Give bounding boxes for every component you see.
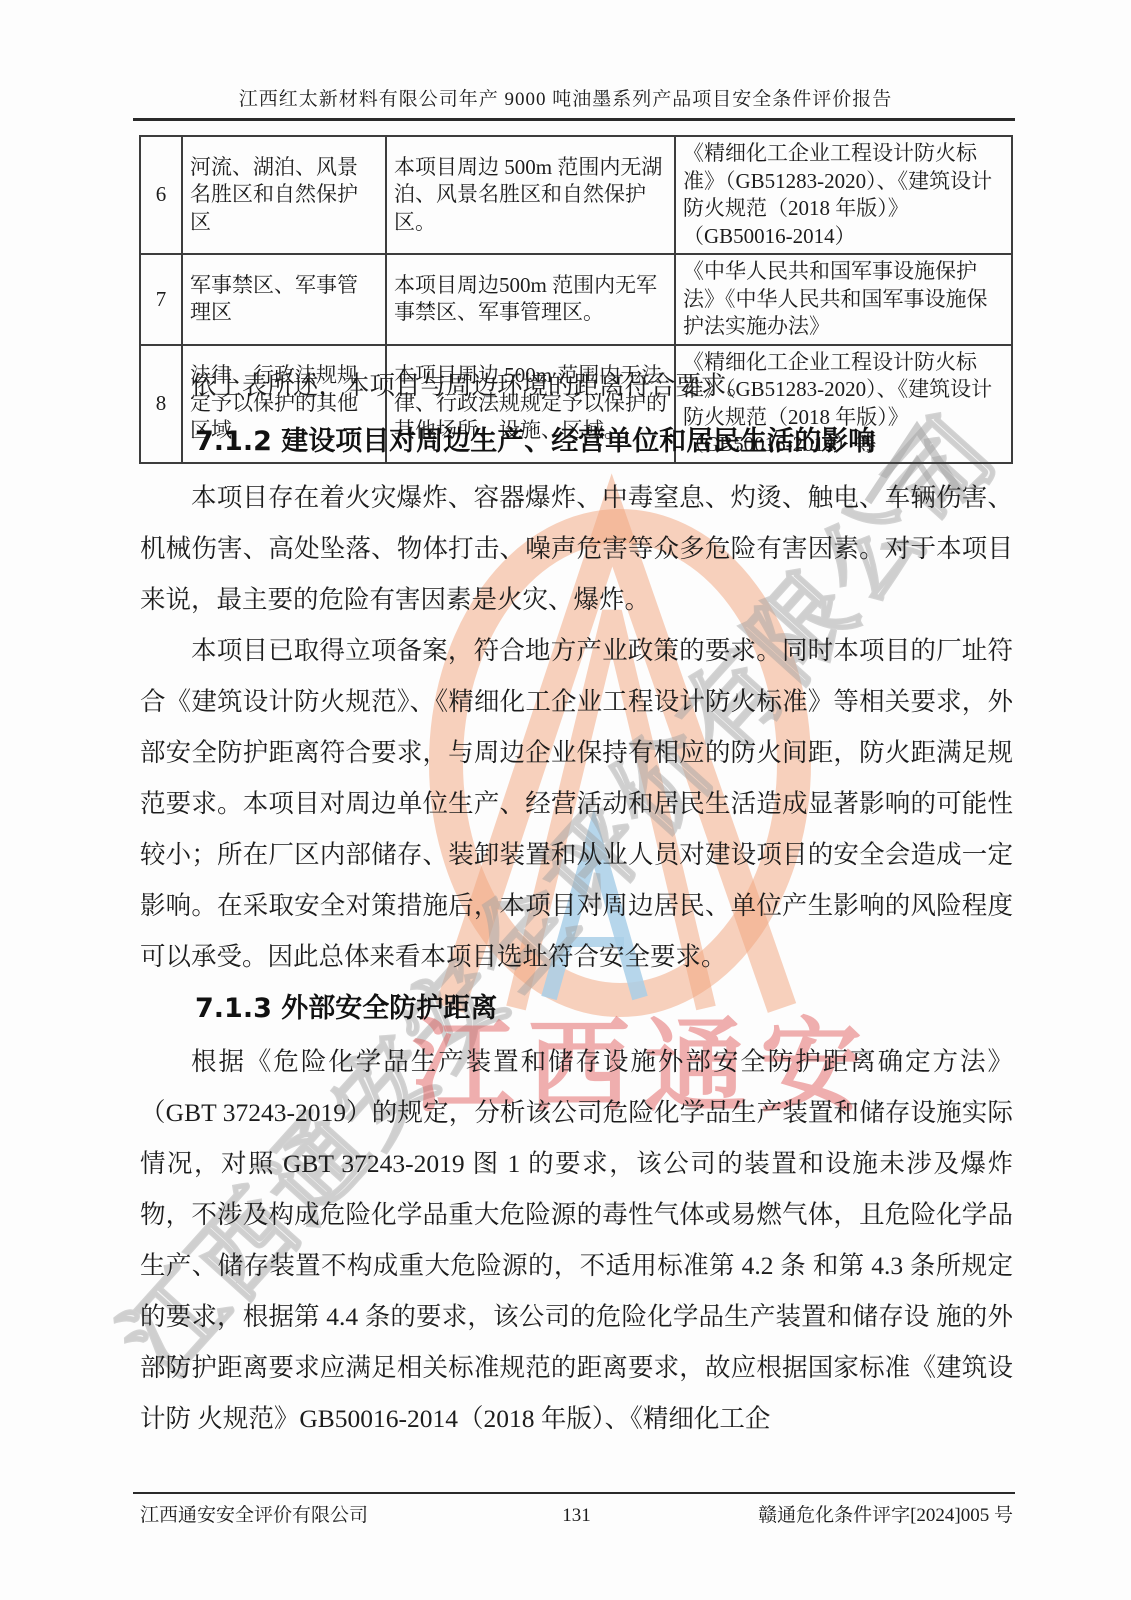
situation-cell: 本项目周边 500m 范围内无湖泊、风景名胜区和自然保护区。	[386, 136, 675, 254]
area-cell: 河流、湖泊、风景名胜区和自然保护区	[182, 136, 386, 254]
page-footer: 江西通安安全评价有限公司 131 赣通危化条件评字[2024]005 号	[140, 1500, 1013, 1527]
footer-doc-number: 赣通危化条件评字[2024]005 号	[591, 1500, 1013, 1527]
section-heading-7-1-3: 7.1.3 外部安全防护距离	[140, 982, 1013, 1036]
header-divider	[133, 118, 1015, 121]
footer-company: 江西通安安全评价有限公司	[140, 1500, 562, 1527]
report-page: 江西通安安全评价有限公司 江西通安 江西红太新材料有限公司年产 9000 吨油墨…	[0, 0, 1131, 1600]
row-number-cell: 7	[140, 254, 182, 345]
section-heading-7-1-2: 7.1.2 建设项目对周边生产、经营单位和居民生活的影响	[140, 411, 1013, 472]
footer-divider	[133, 1492, 1015, 1494]
after-table-paragraph: 依上表所述，本项目与周边环境的距离符合要求。	[140, 360, 1013, 411]
section-7-1-2-paragraph-2: 本项目已取得立项备案，符合地方产业政策的要求。同时本项目的厂址符合《建筑设计防火…	[140, 625, 1013, 982]
page-header-title: 江西红太新材料有限公司年产 9000 吨油墨系列产品项目安全条件评价报告	[0, 84, 1131, 111]
situation-cell: 本项目周边500m 范围内无军事禁区、军事管理区。	[386, 254, 675, 345]
section-7-1-2-paragraph-1: 本项目存在着火灾爆炸、容器爆炸、中毒窒息、灼烫、触电、车辆伤害、机械伤害、高处坠…	[140, 472, 1013, 625]
table-row: 7 军事禁区、军事管理区 本项目周边500m 范围内无军事禁区、军事管理区。 《…	[140, 254, 1012, 345]
table-row: 6 河流、湖泊、风景名胜区和自然保护区 本项目周边 500m 范围内无湖泊、风景…	[140, 136, 1012, 254]
row-number-cell: 6	[140, 136, 182, 254]
footer-page-number: 131	[562, 1505, 591, 1527]
body-text: 依上表所述，本项目与周边环境的距离符合要求。 7.1.2 建设项目对周边生产、经…	[140, 360, 1013, 1444]
area-cell: 军事禁区、军事管理区	[182, 254, 386, 345]
section-7-1-3-paragraph-1: 根据《危险化学品生产装置和储存设施外部安全防护距离确定方法》（GBT 37243…	[140, 1036, 1013, 1444]
basis-cell: 《中华人民共和国军事设施保护法》《中华人民共和国军事设施保护法实施办法》	[675, 254, 1012, 345]
basis-cell: 《精细化工企业工程设计防火标准》（GB51283-2020）、《建筑设计防火规范…	[675, 136, 1012, 254]
page-content: 江西红太新材料有限公司年产 9000 吨油墨系列产品项目安全条件评价报告 6 河…	[0, 0, 1131, 1600]
